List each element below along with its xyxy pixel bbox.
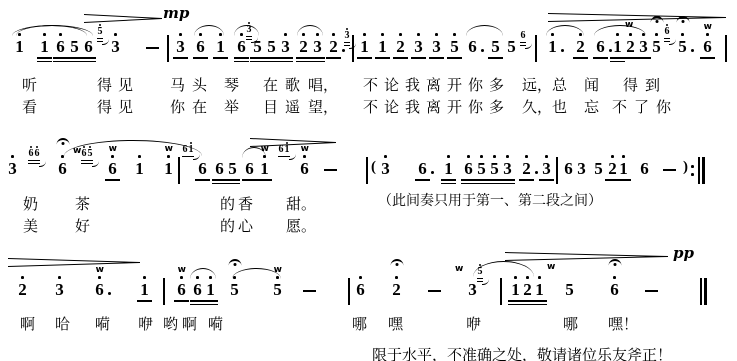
note: 6 (55, 160, 70, 177)
note: 5w (270, 281, 285, 298)
lyric-syllable: 哪 (563, 318, 578, 333)
lyric-syllable: 不 (363, 101, 378, 116)
note: 6 (415, 160, 430, 181)
grace-tie-icon (482, 279, 489, 285)
note: 1 (37, 38, 52, 62)
note: 5 (264, 38, 279, 62)
slur-arc (234, 25, 259, 36)
note: 6 (53, 38, 68, 62)
note: 2 (15, 281, 30, 298)
barline (366, 157, 368, 184)
lyric-syllable: 的 (220, 198, 235, 213)
decrescendo-hairpin-icon (84, 14, 162, 23)
note: 3 (310, 38, 325, 62)
lyric-syllable: 久， (522, 101, 552, 116)
lyric-syllable: 马 (170, 79, 185, 94)
note: 1w (257, 160, 272, 181)
fermata-icon (56, 138, 69, 146)
note: 3 (378, 160, 393, 177)
note: 2 (519, 160, 534, 181)
grace-note: 6 (664, 24, 670, 42)
lyric-syllable: 啊 (20, 318, 35, 333)
lyric-syllable: 举 (224, 101, 239, 116)
dash-extension (146, 47, 159, 49)
note: 2 (296, 38, 311, 62)
lyric-syllable: 离 (426, 101, 441, 116)
lyric-syllable: 嗬 (95, 318, 110, 333)
barline (725, 35, 727, 62)
lyric-syllable: 香 (238, 198, 253, 213)
lyric-syllable: 甜。 (286, 198, 316, 213)
note: 3 (5, 160, 20, 177)
note: 5 (649, 38, 664, 55)
lyric-syllable: 唱， (308, 79, 338, 94)
lyric-syllable: 多 (489, 79, 504, 94)
lyric-syllable: 不 (363, 79, 378, 94)
dynamic-marking-pp: pp (673, 246, 694, 261)
lyric-syllable: 忘 (584, 101, 599, 116)
decrescendo-hairpin-icon (505, 252, 668, 261)
note: 3 (108, 38, 123, 55)
lyric-syllable: 总 (552, 79, 567, 94)
lyric-syllable: 你 (468, 79, 483, 94)
fermata-icon (228, 259, 241, 267)
lyric-syllable: 听 (22, 79, 37, 94)
note: 1 (441, 160, 456, 184)
lyric-syllable: 哪 (352, 318, 367, 333)
lyric-syllable: 哈 (55, 318, 70, 333)
barline (500, 278, 502, 305)
barline (535, 35, 537, 62)
lyric-syllable: 目 (263, 101, 278, 116)
fermata-icon (390, 259, 403, 267)
slur-arc (546, 25, 584, 36)
dash-extension (324, 169, 337, 171)
note: 6 (242, 160, 257, 181)
barline (348, 278, 350, 305)
grace-note: 66 (28, 146, 40, 164)
note: 5 (67, 38, 82, 62)
lyric-syllable: 茶 (75, 198, 90, 213)
footer-annotation: 限于水平，不准确之处，敬请诸位乐友斧正！ (372, 347, 672, 361)
mordent-icon: w (547, 263, 555, 272)
lyric-syllable: 不 (612, 101, 627, 116)
note: 6w (174, 281, 189, 302)
lyric-syllable: 得 (97, 101, 112, 116)
note: 3 (500, 160, 515, 184)
final-barline-thick (704, 278, 707, 305)
slur-arc (594, 25, 646, 36)
note: 6 (593, 38, 608, 59)
lyric-syllable: 你 (170, 101, 185, 116)
lyric-syllable: 看 (22, 101, 37, 116)
note: 6w (92, 281, 107, 298)
note: 5 (488, 38, 503, 59)
note: 6 (607, 281, 622, 298)
lyric-syllable: 我 (405, 101, 420, 116)
note: 1 (12, 38, 27, 55)
dash-extension (663, 169, 676, 171)
note: 1 (532, 281, 547, 305)
lyric-syllable: 闻 (584, 79, 599, 94)
grace-note: 5 (97, 24, 103, 42)
lyric-syllable: 心 (238, 220, 253, 235)
note: 3 (173, 38, 188, 59)
lyric-syllable: 嘿！ (608, 318, 638, 333)
slur-arc (297, 25, 323, 36)
note: 1 (357, 38, 372, 59)
note: 5 (675, 38, 690, 55)
lyric-syllable: 哟 (163, 318, 178, 333)
mordent-icon: w (455, 265, 463, 274)
note: 3 (574, 160, 589, 177)
note: 1 (213, 38, 228, 59)
note: 6 (193, 38, 208, 59)
barline (352, 35, 354, 62)
note: 3 (429, 38, 444, 59)
note: 6 (81, 38, 96, 62)
note: 6w (700, 38, 715, 59)
decrescendo-hairpin-icon (8, 258, 140, 267)
lyric-syllable: 多 (489, 101, 504, 116)
note: 5 (447, 38, 462, 59)
mordent-icon: w (704, 23, 712, 32)
decrescendo-hairpin-icon (548, 13, 726, 22)
lyric-syllable: 嗬 (208, 318, 223, 333)
lyric-syllable: 论 (384, 79, 399, 94)
grace-tie-icon (289, 154, 296, 160)
interlude-annotation: （此间奏只用于第一、第二段之间） (378, 194, 602, 211)
barline (178, 157, 180, 184)
note: 2 (573, 38, 588, 59)
note: 3 (465, 281, 480, 298)
lyric-syllable: 开 (447, 79, 462, 94)
parenthesis: ) (683, 160, 688, 175)
dash-extension (428, 290, 441, 292)
barline (167, 35, 169, 62)
lyric-syllable: 远， (522, 79, 552, 94)
mordent-icon: w (96, 266, 104, 275)
note: 1 (203, 281, 218, 305)
note: 1 (132, 160, 147, 177)
lyric-syllable: 得 (97, 79, 112, 94)
note: 3 (278, 38, 293, 62)
note: 6 (637, 160, 652, 177)
lyric-syllable: 歌 (285, 79, 300, 94)
note: 1 (545, 38, 560, 55)
dash-extension (303, 290, 316, 292)
grace-tie-icon (525, 43, 532, 49)
repeat-dot (691, 173, 694, 176)
lyric-syllable: 嘿 (388, 318, 403, 333)
note: 5 (562, 281, 577, 298)
lyric-syllable: 啊 (182, 318, 197, 333)
repeat-dot (691, 165, 694, 168)
note: 3 (411, 38, 426, 59)
lyric-syllable: 你 (656, 101, 671, 116)
lyric-syllable: 愿。 (286, 220, 316, 235)
lyric-syllable: 遥 (285, 101, 300, 116)
note: 1w (161, 160, 176, 177)
note: 6 (465, 38, 480, 55)
note: 6 (234, 38, 249, 62)
note: 3 (52, 281, 67, 298)
note: 1 (375, 38, 390, 59)
note: 2 (326, 38, 341, 59)
note: 1 (616, 160, 631, 181)
grace-note: 3 (344, 28, 350, 46)
lyric-syllable: 开 (447, 101, 462, 116)
note: 3 (539, 160, 554, 181)
slur-arc (190, 268, 216, 279)
lyric-syllable: 奶 (23, 198, 38, 213)
barline (556, 157, 558, 184)
final-barline-thick (702, 157, 705, 184)
slur-arc (466, 25, 503, 36)
lyric-syllable: 在 (192, 101, 207, 116)
note: 1 (137, 281, 152, 302)
decrescendo-hairpin-icon (250, 138, 336, 147)
lyric-syllable: 得 (623, 79, 638, 94)
final-barline-thin (700, 278, 702, 305)
lyric-syllable: 了 (634, 101, 649, 116)
lyric-syllable: 我 (405, 79, 420, 94)
lyric-syllable: 论 (384, 101, 399, 116)
note: 5 (591, 160, 606, 177)
slur-arc (194, 25, 224, 36)
note: 5 (225, 160, 240, 184)
final-barline-thin (698, 157, 700, 184)
lyric-syllable: 琴 (224, 79, 239, 94)
note: 2 (389, 281, 404, 298)
dynamic-marking-mp: mp (163, 6, 189, 21)
note: 6 (353, 281, 368, 298)
grace-note: 6 (520, 28, 526, 46)
note: 2 (393, 38, 408, 59)
lyric-syllable: 咿 (466, 318, 481, 333)
sheet-music-page: mp pp （此间奏只用于第一、第二段之间） 限于水平，不准确之处，敬请诸位乐友… (0, 0, 737, 361)
lyric-syllable: 你 (468, 101, 483, 116)
parenthesis: ( (371, 160, 376, 175)
grace-tie-icon (39, 161, 46, 167)
note: 5 (227, 281, 242, 298)
lyric-syllable: 好 (75, 220, 90, 235)
barline (163, 278, 165, 305)
mordent-icon: w (178, 266, 186, 275)
note: 6w (297, 160, 312, 177)
lyric-syllable: 见 (118, 101, 133, 116)
lyric-syllable: 咿 (138, 318, 153, 333)
lyric-syllable: 头 (192, 79, 207, 94)
lyric-syllable: 在 (263, 79, 278, 94)
lyric-syllable: 美 (23, 220, 38, 235)
note: 5 (250, 38, 265, 62)
lyric-syllable: 见 (118, 79, 133, 94)
lyric-syllable: 的 (220, 220, 235, 235)
dash-extension (645, 290, 658, 292)
note: 6w (105, 160, 120, 181)
lyric-syllable: 到 (645, 79, 660, 94)
lyric-syllable: 也 (552, 101, 567, 116)
note: 6 (195, 160, 210, 181)
lyric-syllable: 离 (426, 79, 441, 94)
lyric-syllable: 望， (308, 101, 338, 116)
grace-tie-icon (92, 161, 99, 167)
note: 5 (504, 38, 519, 55)
